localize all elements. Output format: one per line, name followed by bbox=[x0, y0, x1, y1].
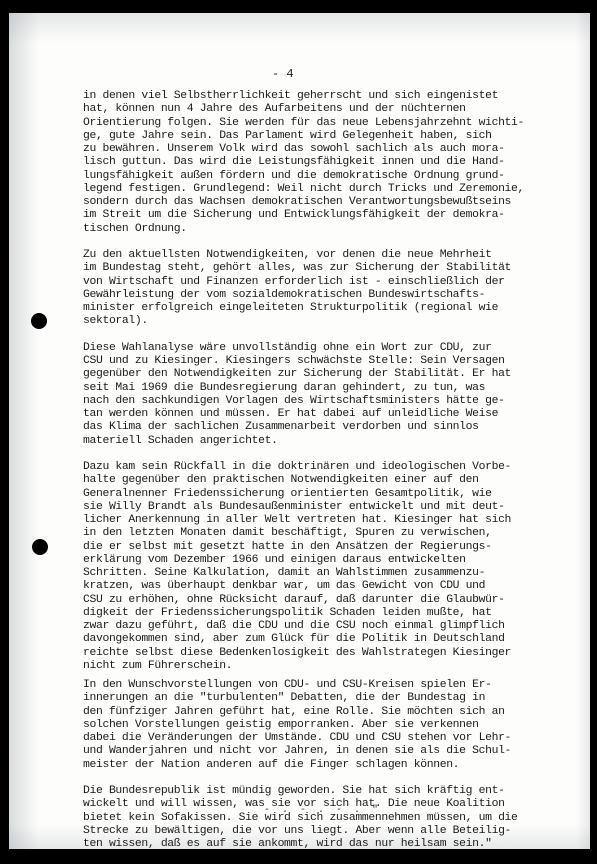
text-line: licher Anerkennung in aller Welt vertret… bbox=[83, 514, 563, 527]
text-line: kratzen, was überhaupt denkbar war, um d… bbox=[83, 580, 563, 593]
text-line: halte gegenüber den praktischen Notwendi… bbox=[83, 474, 563, 487]
text-line: nicht zum Führerschein. bbox=[83, 660, 563, 673]
text-line: lungsfähigkeit außen fördern und die dem… bbox=[83, 170, 563, 183]
text-line: solchen Vorstellungen geistig emporranke… bbox=[83, 719, 563, 732]
punch-hole-icon bbox=[32, 539, 48, 555]
text-line: im Bundestag steht, gehört alles, was zu… bbox=[83, 262, 563, 275]
text-line: nach den sachkundigen Vorlagen des Wirts… bbox=[83, 395, 563, 408]
scan-edge-shadow bbox=[576, 13, 590, 849]
text-line: digkeit der Friedenssicherungspolitik Sc… bbox=[83, 607, 563, 620]
text-line: meister der Nation anderen auf die Finge… bbox=[83, 759, 563, 772]
paragraph: in denen viel Selbstherrlichkeit geherrs… bbox=[83, 90, 563, 236]
closing-marks: - . - . - . " bbox=[264, 805, 381, 816]
paragraph: Dazu kam sein Rückfall in die doktrinäre… bbox=[83, 461, 563, 673]
scan-edge-shadow bbox=[9, 13, 590, 43]
text-line: Orientierung folgen. Sie werden für das … bbox=[83, 117, 563, 130]
text-line: ten wissen, daß es auf sie ankommt, wird… bbox=[83, 838, 563, 851]
paragraph: Zu den aktuellsten Notwendigkeiten, vor … bbox=[83, 249, 563, 329]
text-line: in den letzten Monaten damit beschäftigt… bbox=[83, 527, 563, 540]
text-line: materiell Schaden angerichtet. bbox=[83, 435, 563, 448]
text-line: reichte selbst diese Bedenkenlosigkeit d… bbox=[83, 647, 563, 660]
document-page: - 4 in denen viel Selbstherrlichkeit geh… bbox=[9, 13, 590, 849]
text-line: tischen Ordnung. bbox=[83, 223, 563, 236]
text-line: Zu den aktuellsten Notwendigkeiten, vor … bbox=[83, 249, 563, 262]
text-line: CSU und zu Kiesinger. Kiesingers schwäch… bbox=[83, 355, 563, 368]
text-line: tan werden können und müssen. Er hat dab… bbox=[83, 408, 563, 421]
text-line: Diese Wahlanalyse wäre unvollständig ohn… bbox=[83, 342, 563, 355]
paragraph: Die Bundesrepublik ist mündig geworden. … bbox=[83, 785, 563, 851]
text-line: innerungen an die "turbulenten" Debatten… bbox=[83, 692, 563, 705]
text-line: im Streit um die Sicherung und Entwicklu… bbox=[83, 209, 563, 222]
text-line: zu bewähren. Unserem Volk wird das sowoh… bbox=[83, 143, 563, 156]
text-line: seit Mai 1969 die Bundesregierung daran … bbox=[83, 382, 563, 395]
page-number: - 4 bbox=[272, 67, 294, 81]
text-line: ge, gute Jahre sein. Das Parlament wird … bbox=[83, 130, 563, 143]
text-line: legend festigen. Grundlegend: Weil nicht… bbox=[83, 183, 563, 196]
text-line: CSU zu erhöhen, ohne Rücksicht darauf, d… bbox=[83, 594, 563, 607]
text-line: hat, können nun 4 Jahre des Aufarbeitens… bbox=[83, 103, 563, 116]
text-line: sondern durch das Wachsen demokratischen… bbox=[83, 196, 563, 209]
text-line: Die Bundesrepublik ist mündig geworden. … bbox=[83, 785, 563, 798]
text-line: gegenüber den Notwendigkeiten zur Sicher… bbox=[83, 368, 563, 381]
text-line: Dazu kam sein Rückfall in die doktrinäre… bbox=[83, 461, 563, 474]
punch-hole-icon bbox=[31, 313, 47, 329]
text-line: In den Wunschvorstellungen von CDU- und … bbox=[83, 679, 563, 692]
text-line: sie Willy Brandt als Bundesaußenminister… bbox=[83, 501, 563, 514]
paragraph: Diese Wahlanalyse wäre unvollständig ohn… bbox=[83, 342, 563, 448]
text-line: erklärung vom Dezember 1966 und einigen … bbox=[83, 554, 563, 567]
document-body: in denen viel Selbstherrlichkeit geherrs… bbox=[83, 90, 563, 864]
text-line: Strecke zu bewältigen, die vor uns liegt… bbox=[83, 825, 563, 838]
text-line: dabei die Veränderungen der Umstände. CD… bbox=[83, 732, 563, 745]
text-line: den fünfziger Jahren geführt hat, eine R… bbox=[83, 706, 563, 719]
text-line: von Wirtschaft und Finanzen erforderlich… bbox=[83, 276, 563, 289]
text-line: Generalnenner Friedenssicherung orientie… bbox=[83, 488, 563, 501]
text-line: sektoral). bbox=[83, 315, 563, 328]
text-line: und Wanderjahren und nicht vor Jahren, i… bbox=[83, 745, 563, 758]
text-line: die er selbst mit gesetzt hatte in den A… bbox=[83, 541, 563, 554]
text-line: in denen viel Selbstherrlichkeit geherrs… bbox=[83, 90, 563, 103]
text-line: zwar dazu geführt, daß die CDU und die C… bbox=[83, 620, 563, 633]
text-line: Gewährleistung der vom sozialdemokratisc… bbox=[83, 289, 563, 302]
text-line: davongekommen sind, aber zum Glück für d… bbox=[83, 633, 563, 646]
text-line: Schritten. Seine Kalkulation, damit an W… bbox=[83, 567, 563, 580]
text-line: das Klima der sachlichen Zusammenarbeit … bbox=[83, 421, 563, 434]
scan-edge-shadow bbox=[9, 13, 39, 849]
text-line: minister erfolgreich eingeleiteten Struk… bbox=[83, 302, 563, 315]
paragraph: In den Wunschvorstellungen von CDU- und … bbox=[83, 679, 563, 772]
text-line: lisch guttun. Das wird die Leistungsfähi… bbox=[83, 156, 563, 169]
